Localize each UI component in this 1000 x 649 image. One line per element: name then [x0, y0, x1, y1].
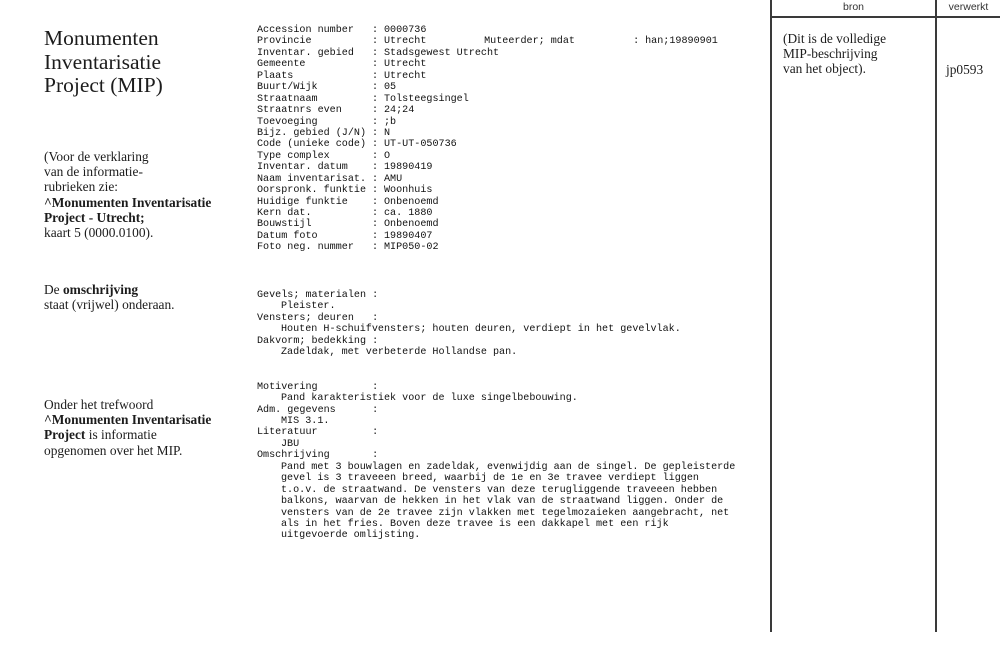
field-value: Stadsgewest Utrecht: [384, 48, 499, 59]
section-text: uitgevoerde omlijsting.: [257, 530, 735, 541]
field-label: Naam inventarisat.: [257, 174, 372, 185]
title-line: Monumenten: [44, 27, 163, 51]
field-label: Kern dat.: [257, 208, 372, 219]
section-text: Houten H-schuifvensters; houten deuren, …: [257, 324, 735, 335]
bron-cell: (Dit is de volledige MIP-beschrijving va…: [783, 31, 886, 77]
note-text: is informatie: [85, 427, 156, 442]
section-text: t.o.v. de straatwand. De vensters van de…: [257, 485, 735, 496]
section-text: als in het fries. Boven deze travee is e…: [257, 519, 735, 530]
explanation-note: (Voor de verklaring van de informatie- r…: [44, 149, 211, 240]
field-separator: :: [372, 139, 384, 150]
field-label: Type complex: [257, 151, 372, 162]
field-label: Datum foto: [257, 231, 372, 242]
section-text: Pand karakteristiek voor de luxe singelb…: [257, 393, 735, 404]
spacer: [257, 370, 735, 381]
bron-line: MIP-beschrijving: [783, 46, 886, 61]
bron-line: van het object).: [783, 61, 886, 76]
section-label: Dakvorm; bedekking :: [257, 336, 735, 347]
field-separator: :: [372, 185, 384, 196]
document-title: Monumenten Inventarisatie Project (MIP): [44, 27, 163, 98]
section-label: Omschrijving :: [257, 450, 735, 461]
field-label: Provincie: [257, 36, 372, 47]
field-label: Bouwstijl: [257, 219, 372, 230]
bron-line: (Dit is de volledige: [783, 31, 886, 46]
field-value: 05: [384, 82, 396, 93]
record-field-row: Straatnaam:Tolsteegsingel: [257, 94, 499, 105]
field-value: Tolsteegsingel: [384, 94, 469, 105]
field-label: Inventar. datum: [257, 162, 372, 173]
column-header-verwerkt: verwerkt: [937, 1, 1000, 13]
record-field-row: Kern dat.:ca. 1880: [257, 208, 499, 219]
field-value: Utrecht: [384, 36, 426, 47]
record-field-row: Datum foto:19890407: [257, 231, 499, 242]
field-value: MIP050-02: [384, 242, 439, 253]
title-line: Project (MIP): [44, 74, 163, 98]
field-label: Bijz. gebied (J/N): [257, 128, 372, 139]
field-separator: :: [372, 48, 384, 59]
field-label: Straatnaam: [257, 94, 372, 105]
field-label: Plaats: [257, 71, 372, 82]
record-field-row: Inventar. datum:19890419: [257, 162, 499, 173]
record-sections: Gevels; materialen :Pleister.Vensters; d…: [257, 290, 735, 542]
section-text: balkons, waarvan de hekken in het vlak v…: [257, 496, 735, 507]
field-label: Straatnrs even: [257, 105, 372, 116]
record-field-row: Toevoeging:;b: [257, 117, 499, 128]
field-separator: :: [372, 231, 384, 242]
field-label: Code (unieke code): [257, 139, 372, 150]
record-field-row: Bijz. gebied (J/N):N: [257, 128, 499, 139]
record-field-row: Gemeente:Utrecht: [257, 59, 499, 70]
section-text: Pleister.: [257, 301, 735, 312]
field-separator: :: [372, 59, 384, 70]
column-header-bron: bron: [772, 1, 935, 13]
field-separator: :: [633, 36, 645, 47]
note-line: staat (vrijwel) onderaan.: [44, 297, 175, 312]
section-text: JBU: [257, 439, 735, 450]
section-text: vensters van de 2e travee zijn vlakken m…: [257, 508, 735, 519]
field-value: UT-UT-050736: [384, 139, 457, 150]
field-separator: :: [372, 94, 384, 105]
field-separator: :: [372, 82, 384, 93]
field-label: Gemeente: [257, 59, 372, 70]
record-field-row: Oorspronk. funktie:Woonhuis: [257, 185, 499, 196]
field-label: Huidige funktie: [257, 197, 372, 208]
title-line: Inventarisatie: [44, 51, 163, 75]
section-label: Vensters; deuren :: [257, 313, 735, 324]
record-fields: Accession number:0000736Provincie:Utrech…: [257, 25, 499, 254]
field-separator: :: [372, 208, 384, 219]
record-field-row: Foto neg. nummer:MIP050-02: [257, 242, 499, 253]
section-label: Motivering :: [257, 382, 735, 393]
field-label: Toevoeging: [257, 117, 372, 128]
section-text: Zadeldak, met verbeterde Hollandse pan.: [257, 347, 735, 358]
field-value: Woonhuis: [384, 185, 432, 196]
column-divider: [770, 0, 772, 632]
field-separator: :: [372, 105, 384, 116]
section-text: Pand met 3 bouwlagen en zadeldak, evenwi…: [257, 462, 735, 473]
field-separator: :: [372, 25, 384, 36]
record-field-row: Type complex:O: [257, 151, 499, 162]
section-text: MIS 3.1.: [257, 416, 735, 427]
note-line: Onder het trefwoord: [44, 397, 211, 412]
record-field-row: Provincie:Utrecht: [257, 36, 499, 47]
field-value: AMU: [384, 174, 402, 185]
field-separator: :: [372, 36, 384, 47]
field-value: N: [384, 128, 390, 139]
description-location-note: De omschrijving staat (vrijwel) onderaan…: [44, 282, 175, 312]
field-value: ;b: [384, 117, 396, 128]
field-value: han;19890901: [645, 36, 718, 47]
note-line: van de informatie-: [44, 164, 211, 179]
reference-keyword[interactable]: Project - Utrecht;: [44, 210, 145, 225]
section-label: Gevels; materialen :: [257, 290, 735, 301]
record-field-row: Plaats:Utrecht: [257, 71, 499, 82]
record-field-row: Huidige funktie:Onbenoemd: [257, 197, 499, 208]
field-label: Muteerder; mdat: [484, 36, 633, 47]
field-separator: :: [372, 71, 384, 82]
field-separator: :: [372, 219, 384, 230]
field-label: Inventar. gebied: [257, 48, 372, 59]
field-value: 0000736: [384, 25, 426, 36]
section-label: Adm. gegevens :: [257, 405, 735, 416]
field-label: Oorspronk. funktie: [257, 185, 372, 196]
field-label: Accession number: [257, 25, 372, 36]
note-line: (Voor de verklaring: [44, 149, 211, 164]
keyword-note: Onder het trefwoord ^Monumenten Inventar…: [44, 397, 211, 458]
record-field-row: Inventar. gebied:Stadsgewest Utrecht: [257, 48, 499, 59]
note-text: De: [44, 282, 63, 297]
record-field-row: Straatnrs even:24;24: [257, 105, 499, 116]
field-separator: :: [372, 197, 384, 208]
record-field-row: Buurt/Wijk:05: [257, 82, 499, 93]
field-value: O: [384, 151, 390, 162]
field-value: Onbenoemd: [384, 219, 439, 230]
reference-keyword[interactable]: Project: [44, 427, 85, 442]
field-value: 19890419: [384, 162, 432, 173]
section-text: gevel is 3 traveeen breed, waarbij de 1e…: [257, 473, 735, 484]
field-value: Onbenoemd: [384, 197, 439, 208]
column-divider: [935, 0, 937, 632]
reference-keyword[interactable]: ^Monumenten Inventarisatie: [44, 412, 211, 427]
field-value: Utrecht: [384, 71, 426, 82]
note-line: opgenomen over het MIP.: [44, 443, 211, 458]
reference-keyword[interactable]: ^Monumenten Inventarisatie: [44, 195, 211, 210]
header-divider: [770, 16, 1000, 18]
field-value: 24;24: [384, 105, 414, 116]
verwerkt-cell: jp0593: [946, 62, 983, 77]
note-line: kaart 5 (0000.0100).: [44, 225, 211, 240]
record-field-row: Bouwstijl:Onbenoemd: [257, 219, 499, 230]
field-value: ca. 1880: [384, 208, 432, 219]
field-value: 19890407: [384, 231, 432, 242]
field-separator: :: [372, 128, 384, 139]
record-field-row: Code (unieke code):UT-UT-050736: [257, 139, 499, 150]
note-line: rubrieken zie:: [44, 179, 211, 194]
record-field-row: Accession number:0000736: [257, 25, 499, 36]
field-label: Buurt/Wijk: [257, 82, 372, 93]
field-separator: :: [372, 242, 384, 253]
record-field-row: Naam inventarisat.:AMU: [257, 174, 499, 185]
field-separator: :: [372, 117, 384, 128]
field-separator: :: [372, 174, 384, 185]
muteerder-field: Muteerder; mdat:han;19890901: [472, 25, 718, 48]
section-label: Literatuur :: [257, 427, 735, 438]
field-separator: :: [372, 162, 384, 173]
field-value: Utrecht: [384, 59, 426, 70]
field-separator: :: [372, 151, 384, 162]
field-label: Foto neg. nummer: [257, 242, 372, 253]
spacer: [257, 359, 735, 370]
note-keyword: omschrijving: [63, 282, 138, 297]
